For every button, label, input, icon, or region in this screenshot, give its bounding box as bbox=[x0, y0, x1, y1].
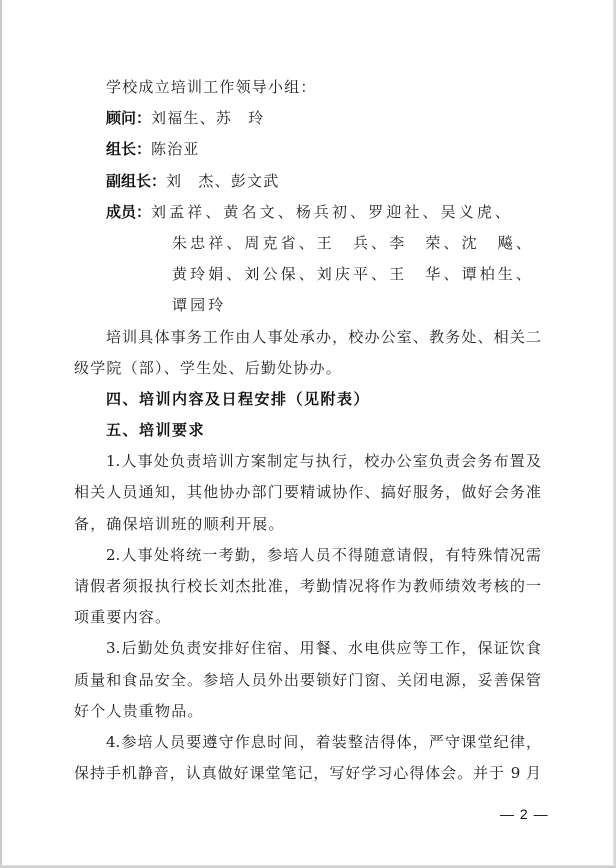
affairs-paragraph-line: 级学院（部）、学生处、后勤处协办。 bbox=[74, 353, 541, 384]
leader-label: 组长： bbox=[106, 134, 151, 165]
leader-row: 组长：陈治亚 bbox=[74, 134, 541, 165]
leader-value: 陈治亚 bbox=[151, 140, 200, 158]
requirement-3-line: 质量和食品安全。参培人员外出要锁好门窗、关闭电源，妥善保管 bbox=[74, 665, 541, 696]
page-number: — 2 — bbox=[500, 806, 549, 822]
requirement-1-line: 备，确保培训班的顺利开展。 bbox=[74, 509, 541, 540]
requirement-2-line: 2.人事处将统一考勤，参培人员不得随意请假，有特殊情况需 bbox=[74, 540, 541, 571]
members-label: 成员： bbox=[106, 197, 151, 228]
members-line: 谭园玲 bbox=[74, 290, 541, 321]
section-4-heading: 四、培训内容及日程安排（见附表） bbox=[74, 384, 541, 415]
intro-line: 学校成立培训工作领导小组： bbox=[74, 72, 541, 103]
members-line: 黄玲娟、刘公保、刘庆平、王 华、谭柏生、 bbox=[74, 259, 541, 290]
requirement-1-line: 相关人员通知，其他协办部门要精诚协作、搞好服务，做好会务准 bbox=[74, 477, 541, 508]
section-5-heading: 五、培训要求 bbox=[74, 415, 541, 446]
members-line: 刘孟祥、黄名文、杨兵初、罗迎社、吴义虎、 bbox=[151, 203, 513, 221]
advisors-value: 刘福生、苏 玲 bbox=[151, 109, 264, 127]
advisors-row: 顾问：刘福生、苏 玲 bbox=[74, 103, 541, 134]
requirement-1-line: 1.人事处负责培训方案制定与执行，校办公室负责会务布置及 bbox=[74, 446, 541, 477]
requirement-3-line: 好个人贵重物品。 bbox=[74, 696, 541, 727]
members-line: 朱忠祥、周克省、王 兵、李 荣、沈 飚、 bbox=[74, 228, 541, 259]
requirement-3-line: 3.后勤处负责安排好住宿、用餐、水电供应等工作，保证饮食 bbox=[74, 633, 541, 664]
requirement-4-line: 保持手机静音，认真做好课堂笔记，写好学习心得体会。并于 9 月 bbox=[74, 758, 541, 789]
members-row: 成员：刘孟祥、黄名文、杨兵初、罗迎社、吴义虎、 bbox=[74, 197, 541, 228]
page-left-border bbox=[0, 0, 2, 868]
deputy-leader-label: 副组长： bbox=[106, 166, 166, 197]
deputy-leader-row: 副组长：刘 杰、彭文武 bbox=[74, 166, 541, 197]
requirement-2-line: 项重要内容。 bbox=[74, 602, 541, 633]
advisors-label: 顾问： bbox=[106, 103, 151, 134]
requirement-2-line: 请假者须报执行校长刘杰批准，考勤情况将作为教师绩效考核的一 bbox=[74, 571, 541, 602]
document-body: 学校成立培训工作领导小组： 顾问：刘福生、苏 玲 组长：陈治亚 副组长：刘 杰、… bbox=[74, 72, 541, 789]
affairs-paragraph-line: 培训具体事务工作由人事处承办，校办公室、教务处、相关二 bbox=[74, 322, 541, 353]
deputy-leader-value: 刘 杰、彭文武 bbox=[166, 172, 279, 190]
requirement-4-line: 4.参培人员要遵守作息时间，着装整洁得体，严守课堂纪律， bbox=[74, 727, 541, 758]
